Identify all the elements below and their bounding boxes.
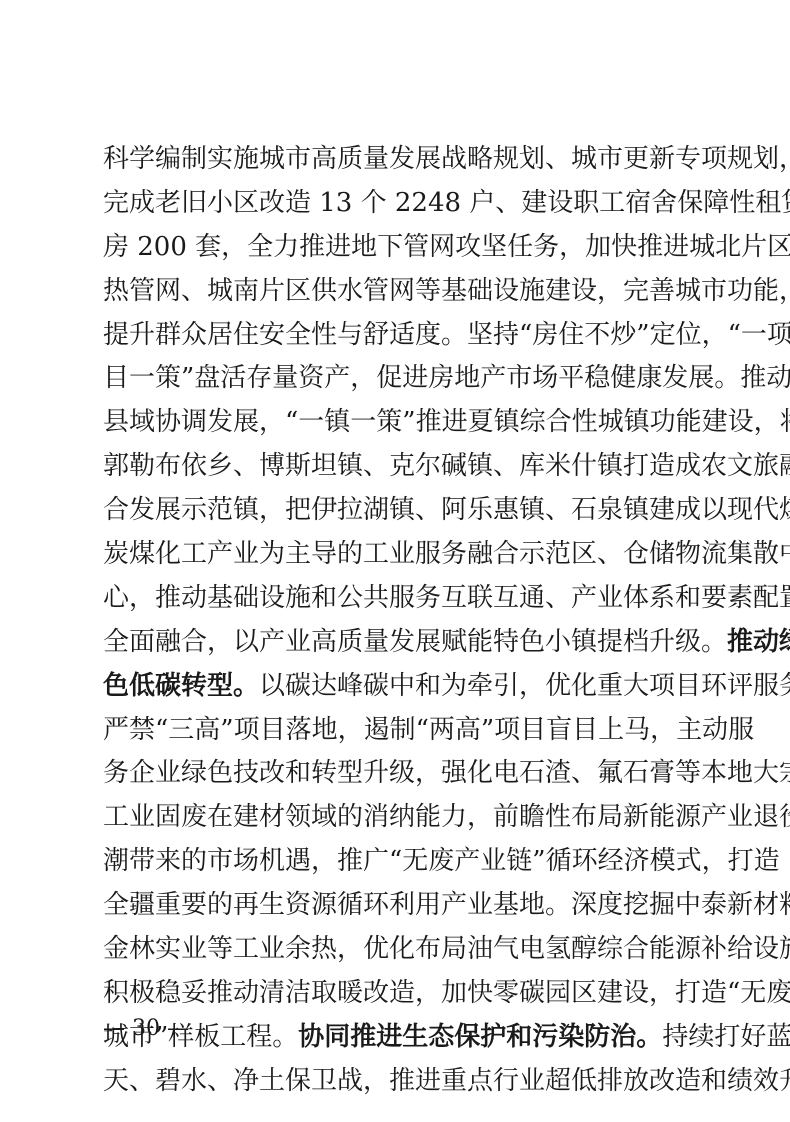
body-text-segment: 房 200 套，全力推进地下管网攻坚任务，加快推进城北片区供 — [103, 232, 790, 262]
body-text-segment: 务企业绿色技改和转型升级，强化电石渣、氟石膏等本地大宗 — [103, 758, 790, 788]
body-text-segment: 县域协调发展，“一镇一策”推进夏镇综合性城镇功能建设，将 — [103, 407, 790, 437]
body-text-segment: 全疆重要的再生资源循环利用产业基地。深度挖掘中泰新材料、 — [103, 890, 790, 920]
text-line: 完成老旧小区改造 13 个 2248 户、建设职工宿舍保障性租赁住 — [103, 182, 703, 226]
body-text-segment: 积极稳妥推动清洁取暖改造，加快零碳园区建设，打造“无废 — [103, 978, 790, 1008]
body-text-segment: 全面融合，以产业高质量发展赋能特色小镇提档升级。 — [103, 627, 727, 657]
text-line: 潮带来的市场机遇，推广“无废产业链”循环经济模式，打造 — [103, 840, 703, 884]
body-text-segment: 炭煤化工产业为主导的工业服务融合示范区、仓储物流集散中 — [103, 539, 790, 569]
text-line: 务企业绿色技改和转型升级，强化电石渣、氟石膏等本地大宗 — [103, 752, 703, 796]
body-text-segment: 工业固废在建材领域的消纳能力，前瞻性布局新能源产业退役 — [103, 802, 790, 832]
text-line: 房 200 套，全力推进地下管网攻坚任务，加快推进城北片区供 — [103, 226, 703, 270]
text-line: 合发展示范镇，把伊拉湖镇、阿乐惠镇、石泉镇建成以现代煤 — [103, 489, 703, 533]
body-text-segment: 持续打好蓝 — [662, 1022, 790, 1052]
text-line: 严禁“三高”项目落地，遏制“两高”项目盲目上马，主动服 — [103, 709, 703, 753]
body-text-segment: 心，推动基础设施和公共服务互联互通、产业体系和要素配置 — [103, 583, 790, 613]
text-line: 心，推动基础设施和公共服务互联互通、产业体系和要素配置 — [103, 577, 703, 621]
body-text-segment: 以碳达峰碳中和为牵引，优化重大项目环评服务， — [259, 671, 790, 701]
body-text-segment: 提升群众居住安全性与舒适度。坚持“房住不炒”定位，“一项 — [103, 320, 790, 350]
text-line: 炭煤化工产业为主导的工业服务融合示范区、仓储物流集散中 — [103, 533, 703, 577]
body-text-segment: 完成老旧小区改造 13 个 2248 户、建设职工宿舍保障性租赁住 — [103, 188, 790, 218]
text-line: 色低碳转型。以碳达峰碳中和为牵引，优化重大项目环评服务， — [103, 665, 703, 709]
text-line: 目一策”盘活存量资产，促进房地产市场平稳健康发展。推动 — [103, 357, 703, 401]
text-line: 积极稳妥推动清洁取暖改造，加快零碳园区建设，打造“无废 — [103, 972, 703, 1016]
text-line: 金林实业等工业余热，优化布局油气电氢醇综合能源补给设施， — [103, 928, 703, 972]
text-line: 全面融合，以产业高质量发展赋能特色小镇提档升级。推动绿 — [103, 621, 703, 665]
body-text-segment: 严禁“三高”项目落地，遏制“两高”项目盲目上马，主动服 — [103, 715, 754, 745]
body-text-segment: 金林实业等工业余热，优化布局油气电氢醇综合能源补给设施， — [103, 934, 790, 964]
bold-heading-text: 推动绿 — [727, 627, 790, 657]
text-line: 县域协调发展，“一镇一策”推进夏镇综合性城镇功能建设，将 — [103, 401, 703, 445]
body-paragraph: 科学编制实施城市高质量发展战略规划、城市更新专项规划，完成老旧小区改造 13 个… — [103, 138, 703, 1104]
text-line: 郭勒布依乡、博斯坦镇、克尔碱镇、库米什镇打造成农文旅融 — [103, 445, 703, 489]
body-text-segment: 天、碧水、净土保卫战，推进重点行业超低排放改造和绩效升 — [103, 1066, 790, 1096]
body-text-segment: 潮带来的市场机遇，推广“无废产业链”循环经济模式，打造 — [103, 846, 780, 876]
body-text-segment: 郭勒布依乡、博斯坦镇、克尔碱镇、库米什镇打造成农文旅融 — [103, 451, 790, 481]
text-line: 工业固废在建材领域的消纳能力，前瞻性布局新能源产业退役 — [103, 796, 703, 840]
bold-heading-text: 协同推进生态保护和污染防治。 — [298, 1022, 662, 1052]
text-line: 城市”样板工程。协同推进生态保护和污染防治。持续打好蓝 — [103, 1016, 703, 1060]
bold-heading-text: 色低碳转型。 — [103, 671, 259, 701]
page-number: — 30 — — [103, 1016, 189, 1041]
text-line: 提升群众居住安全性与舒适度。坚持“房住不炒”定位，“一项 — [103, 314, 703, 358]
body-text-segment: 热管网、城南片区供水管网等基础设施建设，完善城市功能， — [103, 276, 790, 306]
text-line: 天、碧水、净土保卫战，推进重点行业超低排放改造和绩效升 — [103, 1060, 703, 1104]
text-line: 全疆重要的再生资源循环利用产业基地。深度挖掘中泰新材料、 — [103, 884, 703, 928]
body-text-segment: 合发展示范镇，把伊拉湖镇、阿乐惠镇、石泉镇建成以现代煤 — [103, 495, 790, 525]
body-text-segment: 科学编制实施城市高质量发展战略规划、城市更新专项规划， — [103, 144, 790, 174]
body-text-segment: 目一策”盘活存量资产，促进房地产市场平稳健康发展。推动 — [103, 363, 790, 393]
document-page: 科学编制实施城市高质量发展战略规划、城市更新专项规划，完成老旧小区改造 13 个… — [0, 0, 790, 1122]
text-line: 科学编制实施城市高质量发展战略规划、城市更新专项规划， — [103, 138, 703, 182]
text-line: 热管网、城南片区供水管网等基础设施建设，完善城市功能， — [103, 270, 703, 314]
